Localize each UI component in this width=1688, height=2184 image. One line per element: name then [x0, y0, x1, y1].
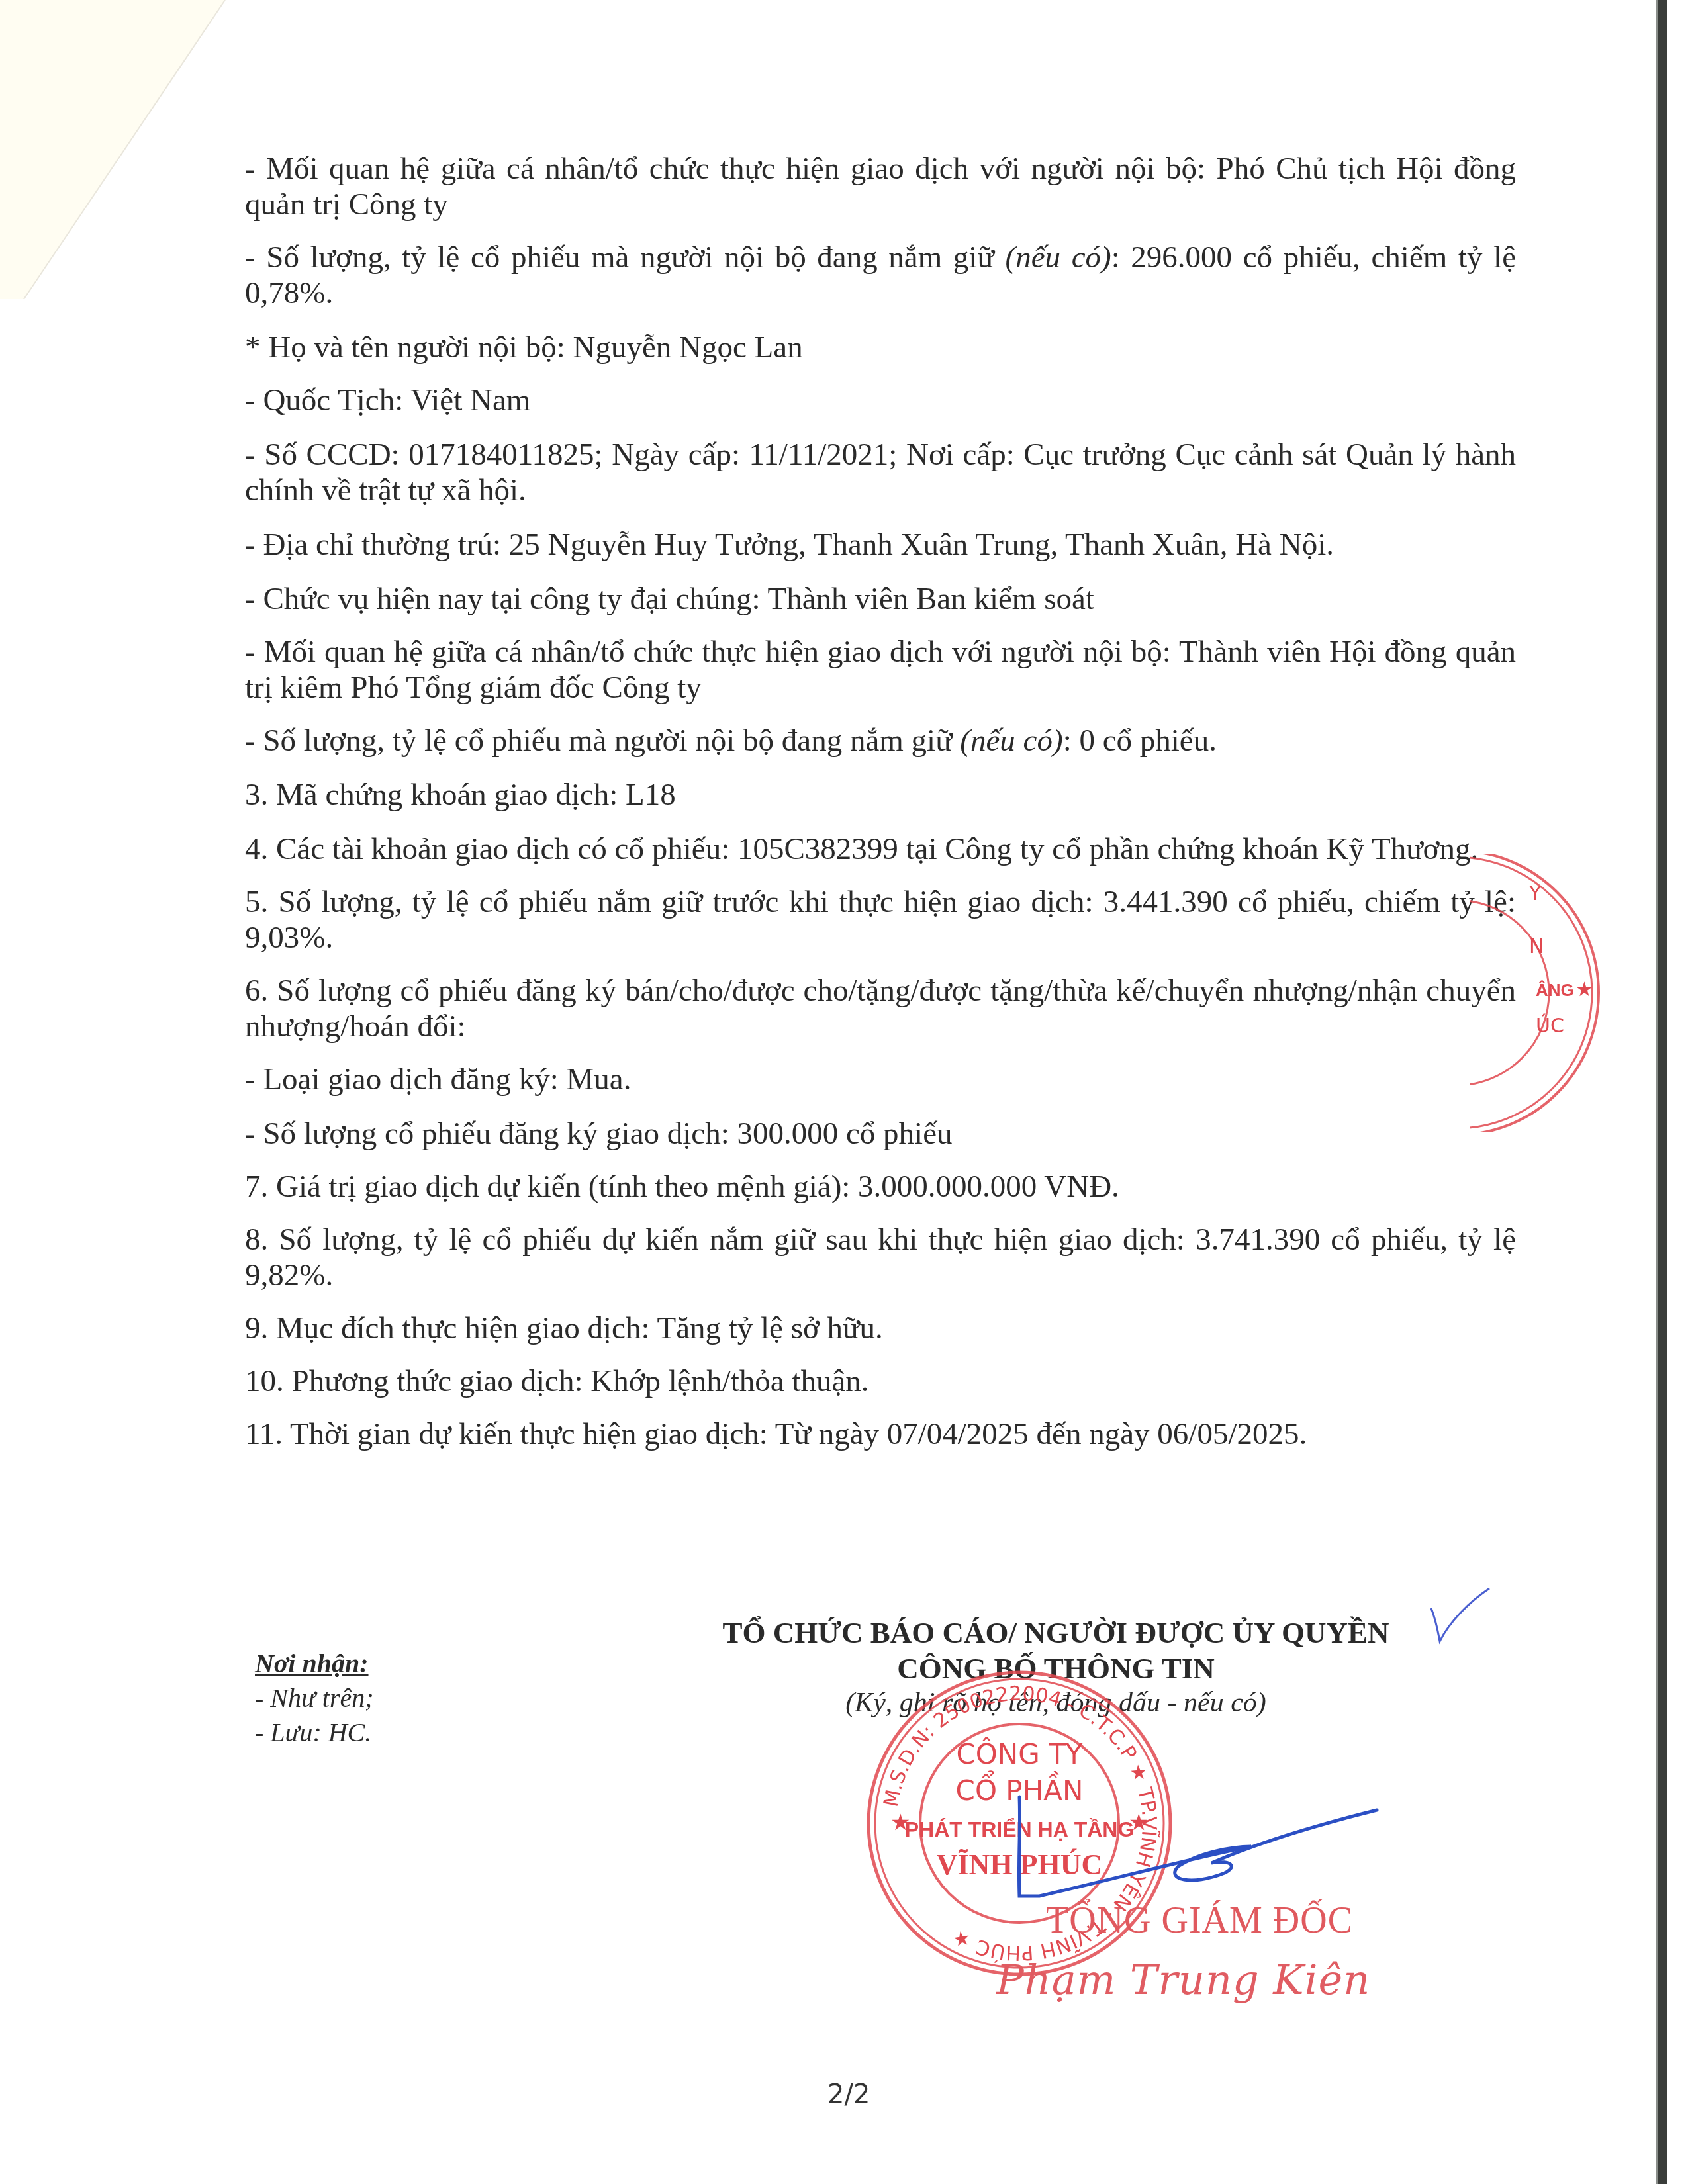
paragraph: 10. Phương thức giao dịch: Khớp lệnh/thỏ… [245, 1363, 1516, 1399]
paragraph: - Số lượng, tỷ lệ cổ phiếu mà người nội … [245, 723, 1516, 758]
paragraph: 5. Số lượng, tỷ lệ cổ phiếu nắm giữ trướ… [245, 884, 1516, 956]
initial-tick-icon [1423, 1582, 1496, 1655]
paragraph: 4. Các tài khoản giao dịch có cổ phiếu: … [245, 831, 1516, 867]
svg-text:★: ★ [1575, 978, 1593, 1001]
svg-text:N: N [1529, 935, 1544, 958]
paragraph: 6. Số lượng cổ phiếu đăng ký bán/cho/đượ… [245, 973, 1516, 1044]
paragraph: - Số lượng cổ phiếu đăng ký giao dịch: 3… [245, 1116, 1516, 1152]
signer-position: TỔNG GIÁM ĐỐC [1046, 1899, 1353, 1942]
paragraph: - Quốc Tịch: Việt Nam [245, 383, 1516, 418]
paragraph: - Chức vụ hiện nay tại công ty đại chúng… [245, 581, 1516, 617]
recipient-item: - Như trên; [255, 1681, 374, 1715]
paragraph: - Số lượng, tỷ lệ cổ phiếu mà người nội … [245, 240, 1516, 311]
paragraph: - Số CCCD: 017184011825; Ngày cấp: 11/11… [245, 437, 1516, 508]
paragraph: 11. Thời gian dự kiến thực hiện giao dịc… [245, 1416, 1516, 1452]
svg-text:Y: Y [1528, 882, 1542, 905]
handwritten-signature [1013, 1787, 1383, 1906]
svg-text:ÚC: ÚC [1536, 1013, 1564, 1038]
recipients-block: Nơi nhận: - Như trên; - Lưu: HC. [255, 1647, 374, 1750]
document-body: - Mối quan hệ giữa cá nhân/tổ chức thực … [245, 151, 1516, 1452]
recipient-item: - Lưu: HC. [255, 1715, 374, 1750]
paragraph: 7. Giá trị giao dịch dự kiến (tính theo … [245, 1169, 1516, 1205]
paragraph: - Địa chỉ thường trú: 25 Nguyễn Huy Tưởn… [245, 527, 1516, 563]
svg-text:CÔNG TY: CÔNG TY [956, 1737, 1082, 1770]
paragraph: 9. Mục đích thực hiện giao dịch: Tăng tỷ… [245, 1310, 1516, 1346]
paragraph: 8. Số lượng, tỷ lệ cổ phiếu dự kiến nắm … [245, 1222, 1516, 1293]
partial-seal-margin: ★ ÂNG ÚC N Y [1470, 854, 1628, 1132]
svg-text:ÂNG: ÂNG [1536, 980, 1574, 1000]
paragraph: - Mối quan hệ giữa cá nhân/tổ chức thực … [245, 634, 1516, 705]
paragraph: 3. Mã chứng khoán giao dịch: L18 [245, 777, 1516, 813]
signer-name: Phạm Trung Kiên [996, 1956, 1370, 2004]
paragraph: - Loại giao dịch đăng ký: Mua. [245, 1062, 1516, 1097]
signature-title: TỔ CHỨC BÁO CÁO/ NGƯỜI ĐƯỢC ỦY QUYỀN [675, 1615, 1436, 1651]
paragraph: * Họ và tên người nội bộ: Nguyễn Ngọc La… [245, 330, 1516, 365]
page-number: 2/2 [827, 2079, 870, 2110]
paragraph: - Mối quan hệ giữa cá nhân/tổ chức thực … [245, 151, 1516, 222]
recipients-heading: Nơi nhận: [255, 1647, 374, 1681]
